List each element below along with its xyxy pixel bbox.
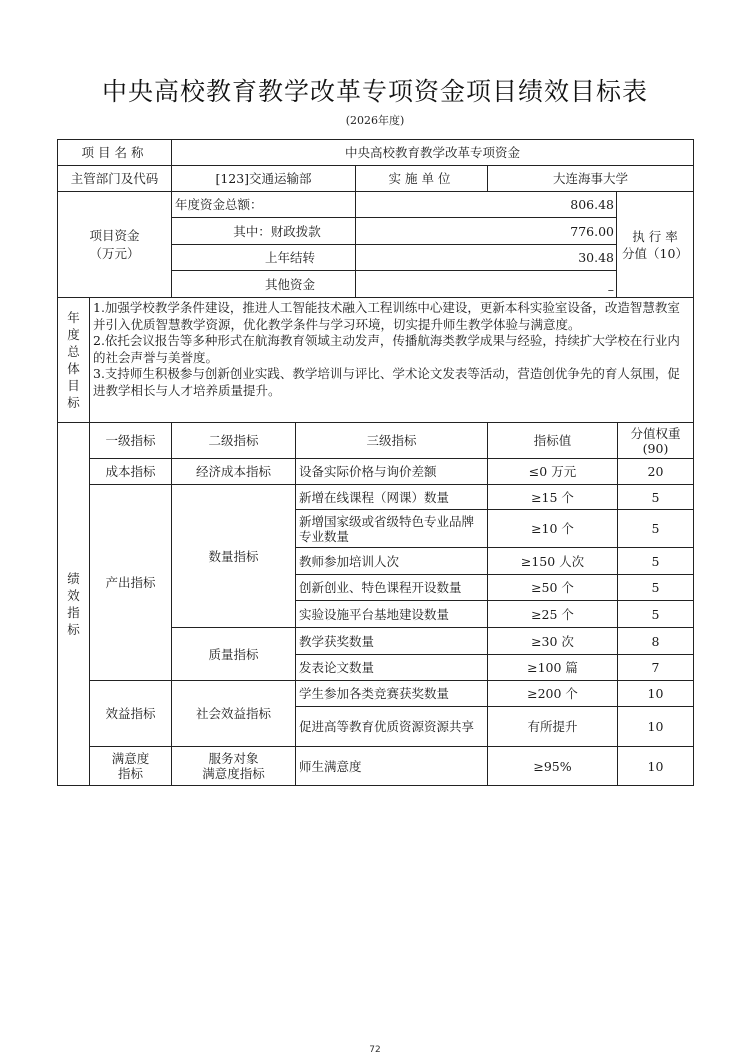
indicator-level3: 创新创业、特色课程开设数量: [296, 575, 488, 601]
header-level2: 二级指标: [172, 423, 296, 459]
indicator-weight: 5: [618, 575, 694, 601]
indicator-level3: 学生参加各类竞赛获奖数量: [296, 681, 488, 707]
page-number: 72: [0, 1045, 750, 1055]
execution-rate-line1: 执 行 率: [620, 228, 690, 245]
benefit-level1: 效益指标: [90, 681, 172, 747]
funding-label: 项目资金 （万元）: [58, 192, 172, 298]
satisfaction-level1: 满意度 指标: [90, 747, 172, 786]
indicator-level3: 新增国家级或省级特色专业品牌专业数量: [296, 510, 488, 548]
indicator-value: ≥95%: [488, 747, 618, 786]
indicator-weight: 5: [618, 510, 694, 548]
indicator-level3: 发表论文数量: [296, 655, 488, 681]
execution-rate-line2: 分值（10）: [620, 245, 690, 262]
indicator-weight: 8: [618, 628, 694, 655]
indicator-value: ≥10 个: [488, 510, 618, 548]
quality-level2: 质量指标: [172, 628, 296, 681]
project-name-row: 项目名称 中央高校教育教学改革专项资金: [58, 140, 694, 166]
department-label: 主管部门及代码: [58, 166, 172, 192]
funding-total-label: 年度资金总额：: [172, 192, 356, 218]
cost-level1: 成本指标: [90, 459, 172, 485]
header-level1: 一级指标: [90, 423, 172, 459]
department-value: [123]交通运输部: [172, 166, 356, 192]
header-value: 指标值: [488, 423, 618, 459]
indicator-value: ≥100 篇: [488, 655, 618, 681]
project-name-value: 中央高校教育教学改革专项资金: [172, 140, 694, 166]
table-row: 成本指标 经济成本指标 设备实际价格与询价差额 ≤0 万元 20: [58, 459, 694, 485]
header-level3: 三级指标: [296, 423, 488, 459]
indicator-value: ≥25 个: [488, 601, 618, 628]
indicator-level3: 实验设施平台基地建设数量: [296, 601, 488, 628]
annual-goal-content: 1.加强学校教学条件建设，推进人工智能技术融入工程训练中心建设，更新本科实验室设…: [90, 298, 694, 423]
annual-goal-table: 年 度 总 体 目 标 1.加强学校教学条件建设，推进人工智能技术融入工程训练中…: [57, 297, 694, 423]
indicator-value: ≤0 万元: [488, 459, 618, 485]
header-weight: 分值权重 (90): [618, 423, 694, 459]
performance-indicator-label: 绩 效 指 标: [58, 423, 90, 786]
indicator-level3: 促进高等教育优质资源资源共享: [296, 707, 488, 747]
cost-level2: 经济成本指标: [172, 459, 296, 485]
funding-fiscal-value: 776.00: [356, 218, 617, 245]
indicator-level3: 师生满意度: [296, 747, 488, 786]
funding-total-value: 806.48: [356, 192, 617, 218]
funding-label-line1: 项目资金: [61, 227, 168, 245]
funding-other-value: –: [356, 271, 617, 298]
table-row: 产出指标 数量指标 新增在线课程（网课）数量 ≥15 个 5: [58, 485, 694, 510]
project-name-label: 项目名称: [58, 140, 172, 166]
funding-fiscal-label: 其中：财政拨款: [172, 218, 356, 245]
project-info-table: 项目名称 中央高校教育教学改革专项资金 主管部门及代码 [123]交通运输部 实…: [57, 139, 694, 298]
funding-carryover-value: 30.48: [356, 245, 617, 271]
annual-goal-item-3: 3.支持师生积极参与创新创业实践、教学培训与评比、学术论文发表等活动，营造创优争…: [93, 366, 690, 399]
indicator-value: ≥15 个: [488, 485, 618, 510]
indicator-value: ≥30 次: [488, 628, 618, 655]
indicator-weight: 7: [618, 655, 694, 681]
funding-carryover-label: 上年结转: [172, 245, 356, 271]
indicator-level3: 设备实际价格与询价差额: [296, 459, 488, 485]
annual-goal-label: 年 度 总 体 目 标: [58, 298, 90, 423]
indicator-weight: 10: [618, 747, 694, 786]
table-row: 效益指标 社会效益指标 学生参加各类竞赛获奖数量 ≥200 个 10: [58, 681, 694, 707]
annual-goal-row: 年 度 总 体 目 标 1.加强学校教学条件建设，推进人工智能技术融入工程训练中…: [58, 298, 694, 423]
execution-rate-score: 执 行 率 分值（10）: [617, 192, 694, 298]
quantity-level2: 数量指标: [172, 485, 296, 628]
indicator-value: ≥50 个: [488, 575, 618, 601]
department-row: 主管部门及代码 [123]交通运输部 实施单位 大连海事大学: [58, 166, 694, 192]
indicator-weight: 5: [618, 601, 694, 628]
performance-indicator-table: 绩 效 指 标 一级指标 二级指标 三级指标 指标值 分值权重 (90) 成本指…: [57, 422, 694, 786]
indicator-value: 有所提升: [488, 707, 618, 747]
output-level1: 产出指标: [90, 485, 172, 681]
indicator-level3: 教学获奖数量: [296, 628, 488, 655]
indicator-level3: 新增在线课程（网课）数量: [296, 485, 488, 510]
annual-goal-item-1: 1.加强学校教学条件建设，推进人工智能技术融入工程训练中心建设，更新本科实验室设…: [93, 300, 690, 333]
implementing-unit-value: 大连海事大学: [488, 166, 694, 192]
indicator-header-row: 绩 效 指 标 一级指标 二级指标 三级指标 指标值 分值权重 (90): [58, 423, 694, 459]
funding-other-label: 其他资金: [172, 271, 356, 298]
funding-row-total: 项目资金 （万元） 年度资金总额： 806.48 执 行 率 分值（10）: [58, 192, 694, 218]
benefit-level2: 社会效益指标: [172, 681, 296, 747]
indicator-weight: 10: [618, 707, 694, 747]
indicator-level3: 教师参加培训人次: [296, 548, 488, 575]
implementing-unit-label: 实施单位: [356, 166, 488, 192]
indicator-value: ≥200 个: [488, 681, 618, 707]
annual-goal-item-2: 2.依托会议报告等多种形式在航海教育领域主动发声，传播航海类教学成果与经验，持续…: [93, 333, 690, 366]
document-year: (2026年度): [0, 112, 750, 128]
indicator-weight: 5: [618, 548, 694, 575]
funding-label-line2: （万元）: [61, 245, 168, 263]
table-row: 满意度 指标 服务对象 满意度指标 师生满意度 ≥95% 10: [58, 747, 694, 786]
document-title: 中央高校教育教学改革专项资金项目绩效目标表: [0, 72, 750, 108]
indicator-weight: 10: [618, 681, 694, 707]
indicator-weight: 20: [618, 459, 694, 485]
satisfaction-level2: 服务对象 满意度指标: [172, 747, 296, 786]
indicator-weight: 5: [618, 485, 694, 510]
indicator-value: ≥150 人次: [488, 548, 618, 575]
